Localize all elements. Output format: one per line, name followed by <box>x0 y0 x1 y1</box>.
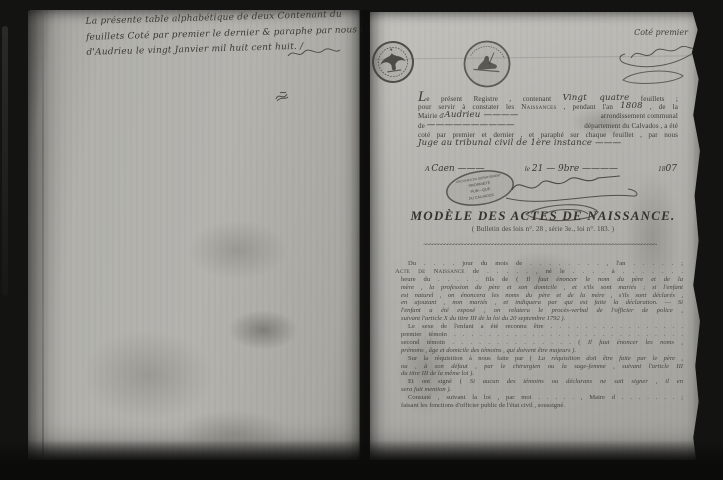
date-segment: 07 <box>666 164 677 174</box>
register-text-segment: 1808 <box>620 101 643 111</box>
wavy-divider-rule: ~~~~~~~~~~~~~~~~~~~~~~~~~~~~~~~~~~~~~~~~… <box>423 241 657 249</box>
model-text-segment: en ajoutant , non mariés , et indiquera … <box>401 299 683 306</box>
model-text-line: sera fait mention ). <box>401 386 683 394</box>
register-line-right: arrondissement communal <box>601 112 678 121</box>
register-text-segment: —————————— <box>427 120 515 130</box>
corner-signature-flourish <box>613 40 703 88</box>
model-text-segment: Le sexe de l'enfant a été reconnu être .… <box>408 323 683 330</box>
register-certificate-paragraph: Le présent Registre , contenant Vingt qu… <box>418 94 678 149</box>
ink-spot <box>228 310 298 350</box>
model-text-line: Acte de Naissance de . . . . . , né le .… <box>401 268 683 276</box>
register-line-right: département du Calvados , a été <box>584 122 678 131</box>
model-text-line: premier témoin . . . . . . . . . . . . .… <box>401 331 683 339</box>
register-text-segment: Audrieu ———— <box>444 110 518 120</box>
model-text-segment: mère , la profession du père et son domi… <box>401 284 683 291</box>
bottom-shadow <box>0 440 723 480</box>
paper-stain <box>188 220 288 280</box>
model-text-segment: suivant l'article X du titre III de la l… <box>401 315 565 322</box>
register-text-segment: e présent Registre , contenant <box>426 95 562 103</box>
model-text-segment: second témoin . . . . . . . . . . . . . … <box>401 339 588 346</box>
model-text-segment: de . . . . . , né le . . . . à . . . . .… <box>465 268 683 275</box>
model-text-line: Et ont signé ( Si aucun des témoins ou d… <box>401 378 683 386</box>
corner-note: Coté premier <box>623 28 699 37</box>
model-text-line: Constaté , suivant la loi , par moi . . … <box>401 394 683 402</box>
model-text-line: faisant les fonctions d'officier public … <box>401 402 683 410</box>
model-text-segment: est naturel , on énoncera les noms du pè… <box>401 292 683 299</box>
model-text-line: suivant l'article X du titre III de la l… <box>401 315 683 323</box>
model-text-segment: faisant les fonctions d'officier public … <box>401 402 565 409</box>
model-text-segment: Et ont signé ( <box>408 378 470 385</box>
date-segment: 18 <box>658 164 666 173</box>
model-text-line: Le sexe de l'enfant a été reconnu être .… <box>401 323 683 331</box>
model-text-segment: Constaté , suivant la loi , par moi . . … <box>408 394 683 401</box>
register-line: Juge au tribunal civil de 1ère instance … <box>418 140 678 149</box>
register-text-segment: Naissances <box>521 103 556 111</box>
model-text-line: Sur la réquisition à nous faite par ( La… <box>401 355 683 363</box>
book-gutter <box>359 10 371 462</box>
model-text-segment: Si aucun des témoins ou déclarans ne sai… <box>470 378 683 385</box>
model-heading: MODÈLE DES ACTES DE NAISSANCE. <box>410 208 676 224</box>
paper-stain <box>83 330 213 420</box>
scanned-register-photo: La présente table alphabétique de deux C… <box>0 0 723 480</box>
model-text-segment: l'enfant a été exposé , on relatera le p… <box>401 307 683 314</box>
model-text-segment: Du . . . . jour du mois de . . . . . . .… <box>408 260 683 267</box>
register-text-segment: , de la <box>643 103 678 111</box>
model-text-segment: ou , à son défaut , par le chirurgien ou… <box>401 363 683 370</box>
calvados-seated-figure-seal-stamp <box>460 37 514 91</box>
register-text-segment: Juge au tribunal civil de 1ère instance … <box>418 138 621 148</box>
model-text-segment: Acte de Naissance <box>395 268 465 275</box>
model-text-segment: La réquisition doit être faite par le pè… <box>538 355 683 362</box>
model-text-segment: heure du . . . . . fils de ( <box>401 276 526 283</box>
model-text-line: second témoin . . . . . . . . . . . . . … <box>401 339 683 347</box>
ink-blot <box>274 90 290 104</box>
model-text-line: mère , la profession du père et son domi… <box>401 284 683 292</box>
model-text-line: est naturel , on énoncera les noms du pè… <box>401 292 683 300</box>
model-text-segment: Il faut énoncer les noms , <box>588 339 683 346</box>
model-text-line: en ajoutant , non mariés , et indiquera … <box>401 299 683 307</box>
birth-act-model-text: Du . . . . jour du mois de . . . . . . .… <box>395 260 683 410</box>
model-text-line: l'enfant a été exposé , on relatera le p… <box>401 307 683 315</box>
left-page: La présente table alphabétique de deux C… <box>28 10 360 460</box>
model-text-line: prénoms , âge et domicile des témoins , … <box>401 347 683 355</box>
annotation-signature-flourish <box>286 46 342 62</box>
model-text-line: ou , à son défaut , par le chirurgien ou… <box>401 363 683 371</box>
bulletin-reference: ( Bulletin des lois n°. 28 , série 3e., … <box>410 226 676 233</box>
book-spine-edge <box>2 26 8 296</box>
date-group: 1807 <box>658 158 677 176</box>
register-text-segment: de <box>418 122 427 130</box>
register-line: de ——————————département du Calvados , a… <box>418 122 678 131</box>
register-text-segment: département du Calvados , a été <box>584 122 678 130</box>
model-text-segment: sera fait mention ). <box>401 386 451 393</box>
register-text-segment: arrondissement communal <box>601 112 678 120</box>
imperial-eagle-seal-stamp <box>368 37 418 87</box>
model-text-segment: prénoms , âge et domicile des témoins , … <box>401 347 576 354</box>
model-text-segment: Il faut énoncer le nom du père et de la <box>526 276 683 283</box>
left-page-fold-crease <box>42 14 44 456</box>
register-line-left: de —————————— <box>418 122 515 131</box>
model-text-line: du titre III de la même loi ). <box>401 370 683 378</box>
model-text-segment: du titre III de la même loi ). <box>401 370 474 377</box>
model-text-line: heure du . . . . . fils de ( Il faut éno… <box>401 276 683 284</box>
model-text-segment: Sur la réquisition à nous faite par ( <box>408 355 538 362</box>
register-text-segment: , pendant l'an <box>557 103 621 111</box>
model-text-line: Du . . . . jour du mois de . . . . . . .… <box>401 260 683 268</box>
right-page: Coté premier Le présent Registre , conte… <box>370 12 706 460</box>
model-text-segment: premier témoin . . . . . . . . . . . . .… <box>401 331 683 338</box>
